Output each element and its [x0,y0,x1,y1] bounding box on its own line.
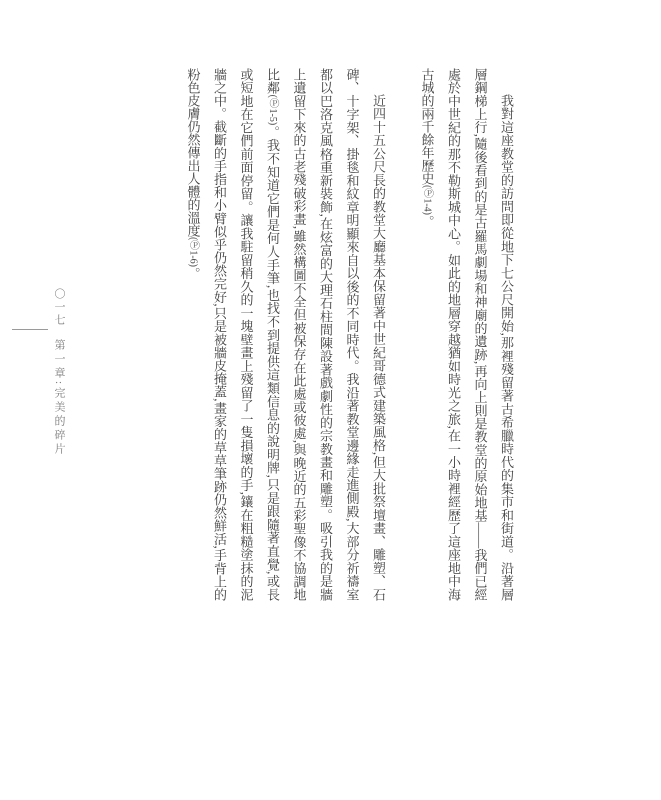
text-run: 。 [420,215,435,228]
page-number: 〇一七 [53,288,65,327]
paragraph-2: 近四十五公尺長的教堂大廳基本保留著中世紀哥德式建築風格,但大批祭壇畫、雕塑、石碑… [179,68,391,601]
chapter-marker: 第一章:完美的碎片 [53,339,65,457]
photo-reference: (Ⓟ1-6) [188,237,199,267]
paragraph-1: 我對這座教堂的訪問即從地下七公尺開始,那裡殘留著古希臘時代的集市和街道。沿著層層… [413,68,519,601]
text-run: 近四十五公尺長的教堂大廳基本保留著中世紀哥德式建築風格,但大批祭壇畫、雕塑、石碑… [265,68,386,601]
text-run: 。 [186,267,201,280]
photo-reference: (Ⓟ1-4) [422,185,433,215]
book-page: 我對這座教堂的訪問即從地下七公尺開始,那裡殘留著古希臘時代的集市和街道。沿著層層… [0,0,661,800]
folio-divider-line [12,329,48,330]
text-run: 。我不知道它們是何人手筆,也找不到提供這類信息的說明牌,只是跟隨著直覺,或長或短… [186,68,281,601]
text-run: 我對這座教堂的訪問即從地下七公尺開始,那裡殘留著古希臘時代的集市和街道。沿著層層… [420,68,515,601]
folio: 〇一七第一章:完美的碎片 [51,288,67,457]
photo-reference: (Ⓟ1-5) [267,95,278,126]
body-text: 我對這座教堂的訪問即從地下七公尺開始,那裡殘留著古希臘時代的集市和街道。沿著層層… [179,68,519,601]
